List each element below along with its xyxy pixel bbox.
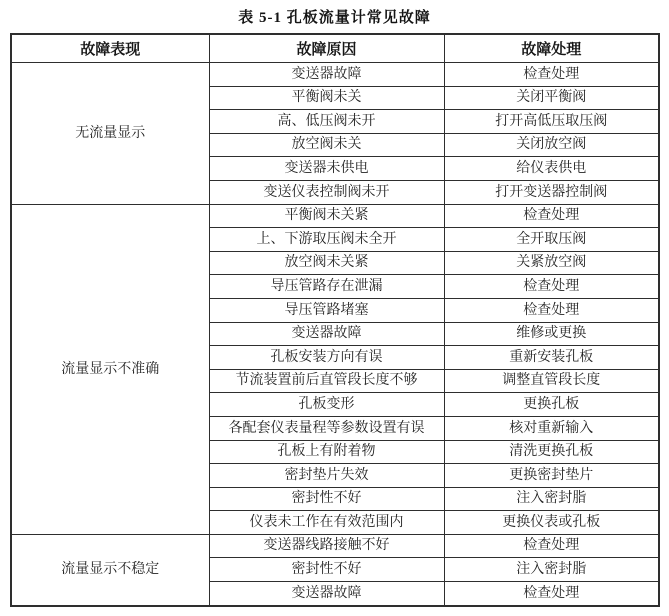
cause-cell: 导压管路存在泄漏 [209, 275, 444, 299]
remedy-cell: 打开变送器控制阀 [444, 180, 659, 204]
symptom-cell: 流量显示不准确 [11, 204, 209, 534]
cause-cell: 高、低压阀未开 [209, 110, 444, 134]
remedy-cell: 清洗更换孔板 [444, 440, 659, 464]
remedy-cell: 打开高低压取压阀 [444, 110, 659, 134]
cause-cell: 变送器故障 [209, 582, 444, 606]
remedy-cell: 维修或更换 [444, 322, 659, 346]
remedy-cell: 核对重新输入 [444, 416, 659, 440]
table-row: 流量显示不准确平衡阀未关紧检查处理 [11, 204, 659, 228]
remedy-cell: 全开取压阀 [444, 228, 659, 252]
remedy-cell: 检查处理 [444, 204, 659, 228]
cause-cell: 平衡阀未关 [209, 86, 444, 110]
cause-cell: 孔板变形 [209, 393, 444, 417]
cause-cell: 上、下游取压阀未全开 [209, 228, 444, 252]
cause-cell: 导压管路堵塞 [209, 298, 444, 322]
table-row: 无流量显示变送器故障检查处理 [11, 63, 659, 87]
cause-cell: 密封性不好 [209, 487, 444, 511]
remedy-cell: 检查处理 [444, 63, 659, 87]
cause-cell: 节流装置前后直管段长度不够 [209, 369, 444, 393]
fault-table: 故障表现 故障原因 故障处理 无流量显示变送器故障检查处理平衡阀未关关闭平衡阀高… [10, 33, 660, 607]
table-row: 流量显示不稳定变送器线路接触不好检查处理 [11, 534, 659, 558]
remedy-cell: 关闭放空阀 [444, 133, 659, 157]
cause-cell: 仪表未工作在有效范围内 [209, 511, 444, 535]
remedy-cell: 检查处理 [444, 582, 659, 606]
cause-cell: 密封性不好 [209, 558, 444, 582]
table-body: 无流量显示变送器故障检查处理平衡阀未关关闭平衡阀高、低压阀未开打开高低压取压阀放… [11, 63, 659, 606]
remedy-cell: 检查处理 [444, 298, 659, 322]
cause-cell: 各配套仪表量程等参数设置有误 [209, 416, 444, 440]
cause-cell: 变送器未供电 [209, 157, 444, 181]
remedy-cell: 注入密封脂 [444, 487, 659, 511]
cause-cell: 放空阀未关 [209, 133, 444, 157]
cause-cell: 变送仪表控制阀未开 [209, 180, 444, 204]
cause-cell: 密封垫片失效 [209, 464, 444, 488]
remedy-cell: 关闭平衡阀 [444, 86, 659, 110]
document-page: 表 5-1 孔板流量计常见故障 故障表现 故障原因 故障处理 无流量显示变送器故… [0, 0, 669, 616]
remedy-cell: 调整直管段长度 [444, 369, 659, 393]
header-fault-cause: 故障原因 [209, 34, 444, 63]
cause-cell: 变送器线路接触不好 [209, 534, 444, 558]
cause-cell: 孔板安装方向有误 [209, 346, 444, 370]
remedy-cell: 注入密封脂 [444, 558, 659, 582]
table-header-row: 故障表现 故障原因 故障处理 [11, 34, 659, 63]
remedy-cell: 更换孔板 [444, 393, 659, 417]
table-caption: 表 5-1 孔板流量计常见故障 [0, 6, 669, 27]
cause-cell: 变送器故障 [209, 322, 444, 346]
remedy-cell: 给仪表供电 [444, 157, 659, 181]
remedy-cell: 更换仪表或孔板 [444, 511, 659, 535]
symptom-cell: 无流量显示 [11, 63, 209, 205]
remedy-cell: 重新安装孔板 [444, 346, 659, 370]
remedy-cell: 检查处理 [444, 534, 659, 558]
cause-cell: 平衡阀未关紧 [209, 204, 444, 228]
cause-cell: 孔板上有附着物 [209, 440, 444, 464]
symptom-cell: 流量显示不稳定 [11, 534, 209, 605]
cause-cell: 放空阀未关紧 [209, 251, 444, 275]
remedy-cell: 更换密封垫片 [444, 464, 659, 488]
header-fault-remedy: 故障处理 [444, 34, 659, 63]
remedy-cell: 关紧放空阀 [444, 251, 659, 275]
cause-cell: 变送器故障 [209, 63, 444, 87]
remedy-cell: 检查处理 [444, 275, 659, 299]
header-fault-symptom: 故障表现 [11, 34, 209, 63]
